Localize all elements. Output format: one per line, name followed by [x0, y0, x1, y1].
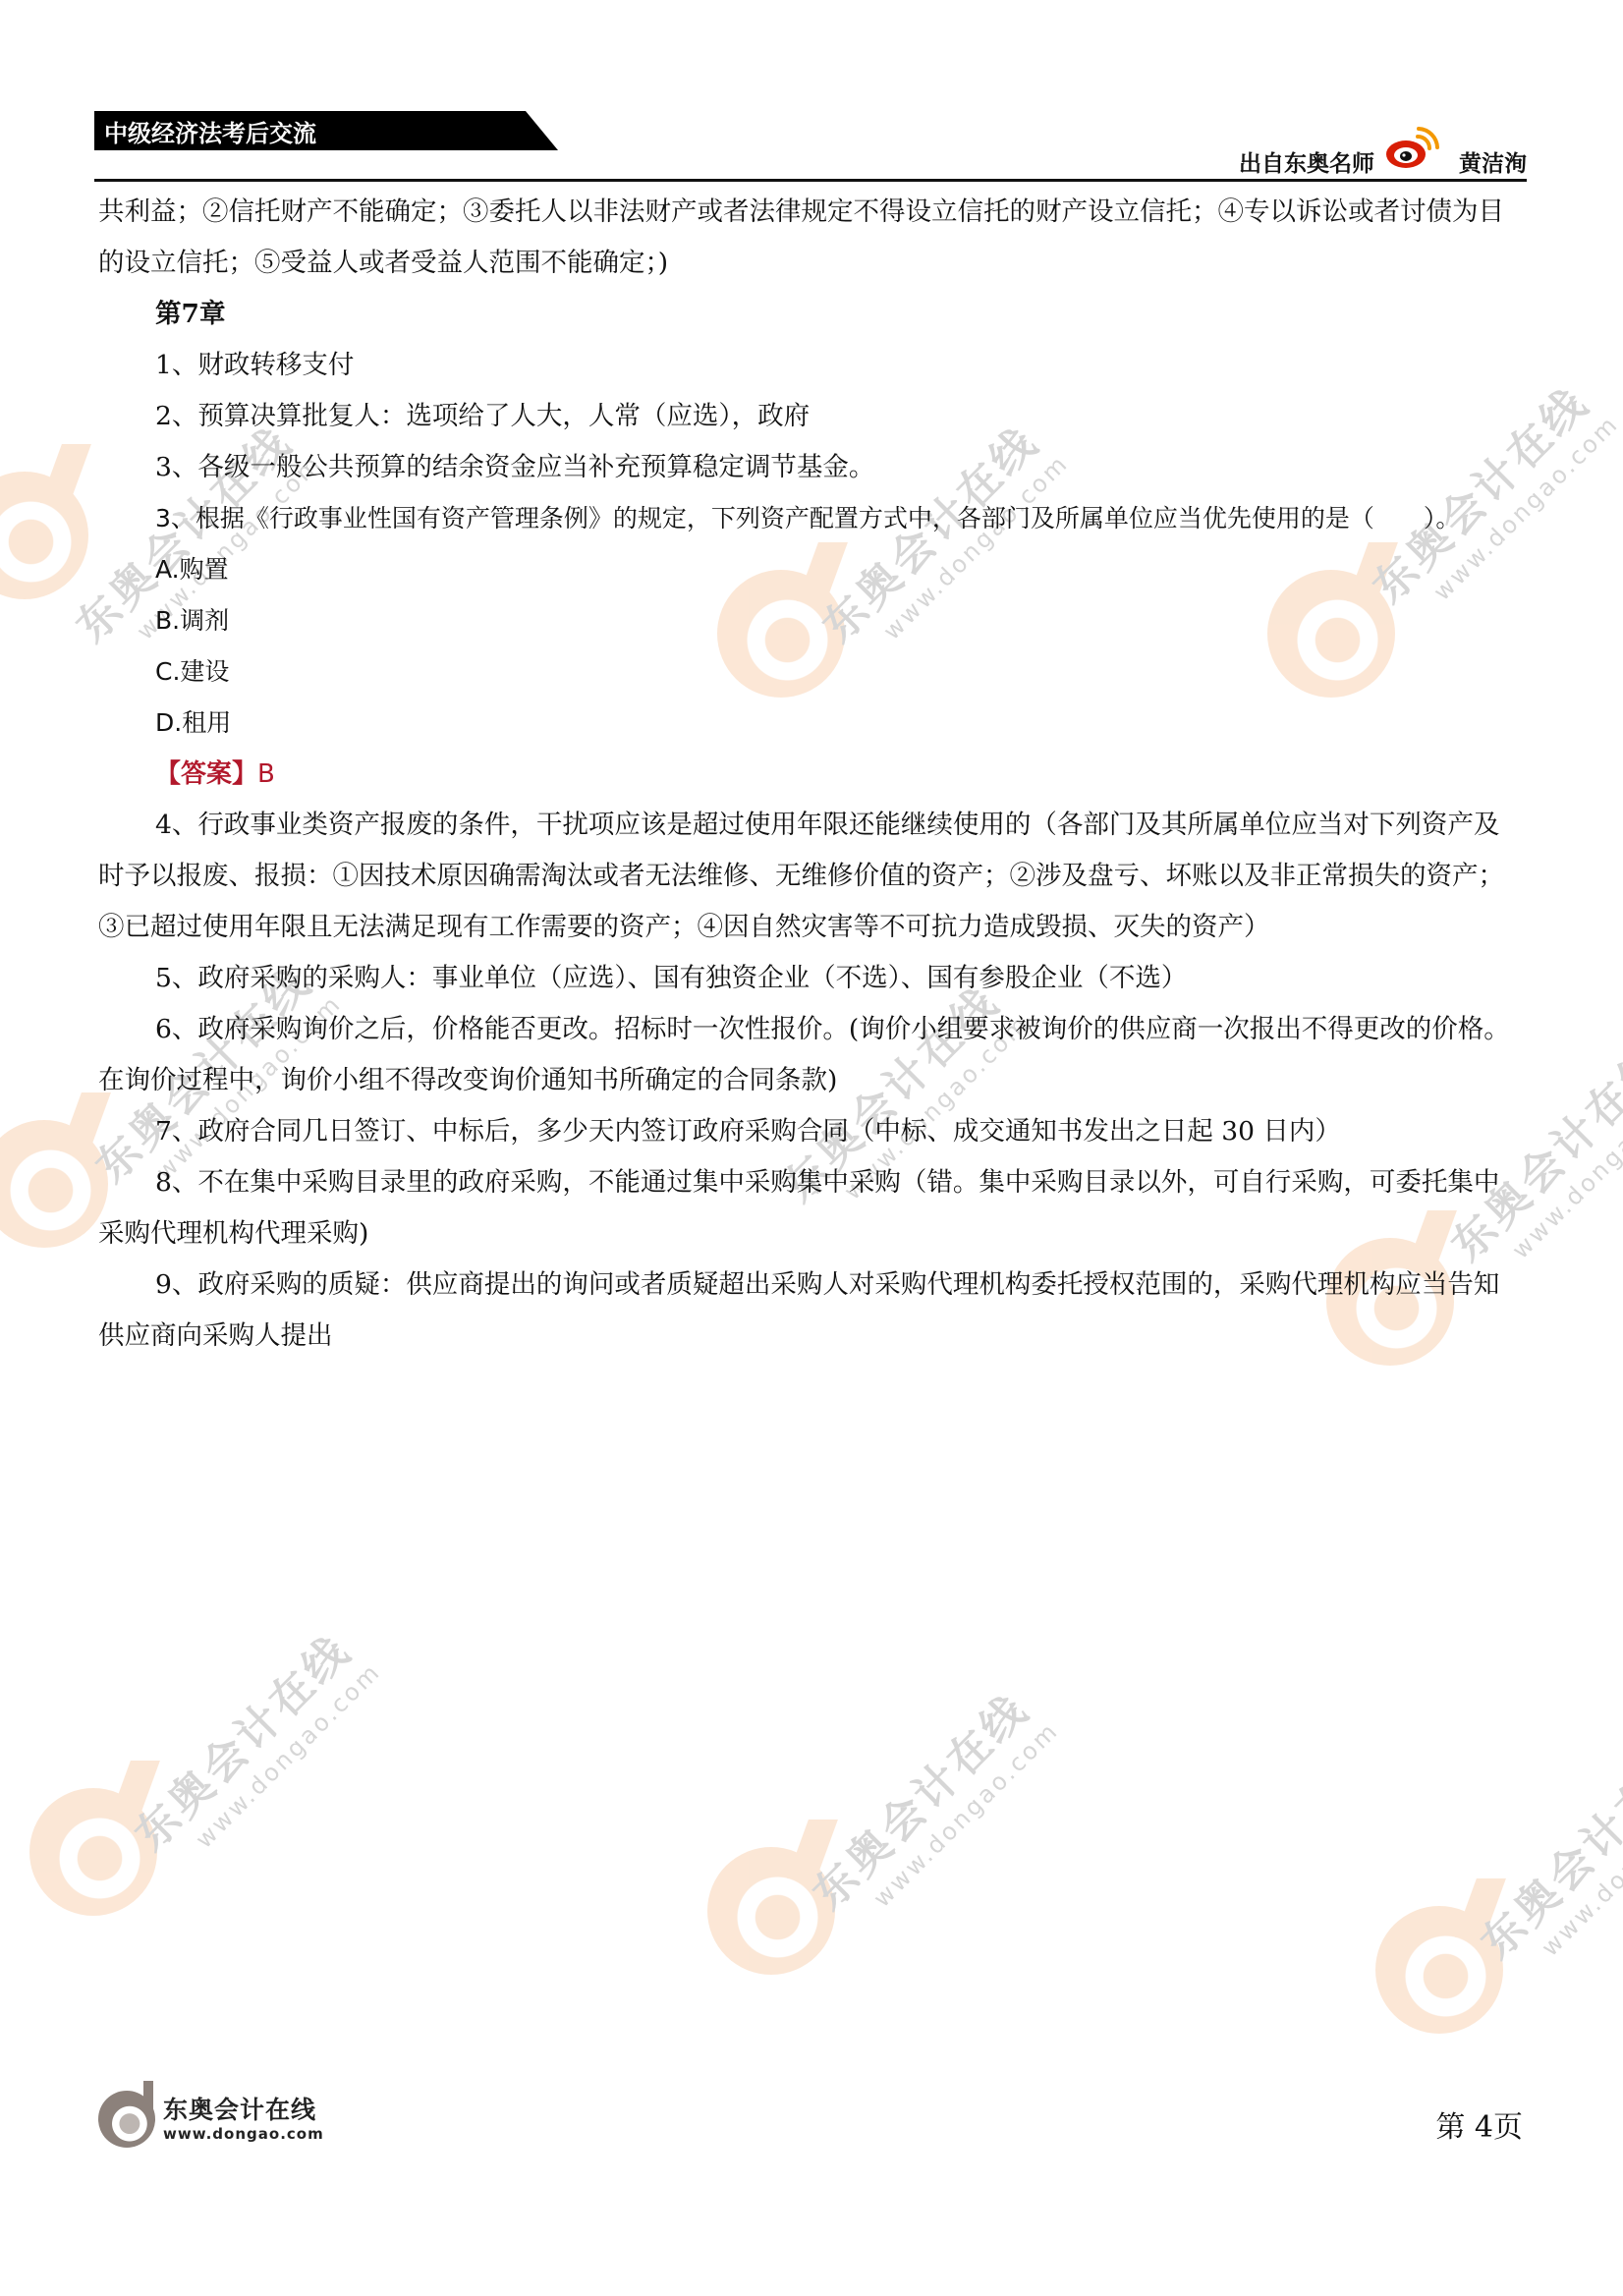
answer-line: 【答案】B	[98, 749, 1525, 800]
watermark-url: www.dongao.com	[191, 1657, 387, 1854]
note-6: 6、政府采购询价之后，价格能否更改。招标时一次性报价。(询价小组要求被询价的供应…	[98, 1004, 1525, 1106]
note-9: 9、政府采购的质疑：供应商提出的询问或者质疑超出采购人对采购代理机构委托授权范围…	[98, 1260, 1525, 1362]
header-divider	[94, 179, 1527, 182]
chapter-heading: 第7章	[98, 289, 1525, 340]
note-4: 4、行政事业类资产报废的条件，干扰项应该是超过使用年限还能继续使用的（各部门及其…	[98, 800, 1525, 953]
watermark-brand: 东奥会计在线	[118, 1613, 367, 1863]
author-name: 黄洁洵	[1459, 145, 1527, 178]
header-ribbon-title: 中级经济法考后交流	[104, 114, 316, 148]
option-c: C.建设	[98, 646, 1525, 698]
source-prefix: 出自东奥名师	[1239, 145, 1374, 178]
footer-logo: 东奥会计在线 www.dongao.com	[98, 2091, 324, 2148]
answer-label: 【答案】	[155, 759, 257, 789]
header-source: 出自东奥名师 黄洁洵	[1239, 123, 1527, 178]
watermark-logo-icon	[0, 1120, 108, 1248]
answer-value: B	[257, 759, 275, 789]
watermark-logo-icon	[707, 1847, 835, 1975]
weibo-icon	[1384, 127, 1439, 170]
document-body: 共利益；②信托财产不能确定；③委托人以非法财产或者法律规定不得设立信托的财产设立…	[98, 187, 1525, 1362]
footer-url: www.dongao.com	[163, 2125, 324, 2143]
watermark-logo-icon	[1375, 1906, 1503, 2034]
option-d: D.租用	[98, 698, 1525, 749]
watermark-url: www.dongao.com	[1537, 1765, 1623, 1962]
note-5: 5、政府采购的采购人：事业单位（应选）、国有独资企业（不选）、国有参股企业（不选…	[98, 953, 1525, 1004]
option-a: A.购置	[98, 544, 1525, 595]
continuation-paragraph: 共利益；②信托财产不能确定；③委托人以非法财产或者法律规定不得设立信托的财产设立…	[98, 187, 1525, 289]
watermark-logo-icon	[0, 472, 88, 599]
header-ribbon: 中级经济法考后交流	[94, 111, 558, 150]
item-3: 3、各级一般公共预算的结余资金应当补充预算稳定调节基金。	[98, 442, 1525, 493]
watermark-brand: 东奥会计在线	[796, 1672, 1045, 1922]
note-8: 8、不在集中采购目录里的政府采购，不能通过集中采购集中采购（错。集中采购目录以外…	[98, 1157, 1525, 1260]
dongao-logo-icon	[98, 2091, 155, 2148]
watermark-logo-icon	[29, 1788, 157, 1916]
note-7: 7、政府合同几日签订、中标后，多少天内签订政府采购合同（中标、成交通知书发出之日…	[98, 1106, 1525, 1157]
footer-brand: 东奥会计在线	[163, 2096, 324, 2125]
page-number: 第 4页	[1435, 2102, 1523, 2146]
item-2: 2、预算决算批复人：选项给了人大，人常（应选），政府	[98, 391, 1525, 442]
watermark-brand: 东奥会计在线	[1464, 1721, 1623, 1971]
item-1: 1、财政转移支付	[98, 340, 1525, 391]
question-stem: 3、根据《行政事业性国有资产管理条例》的规定，下列资产配置方式中，各部门及所属单…	[98, 493, 1525, 544]
option-b: B.调剂	[98, 595, 1525, 646]
watermark-url: www.dongao.com	[868, 1716, 1065, 1913]
